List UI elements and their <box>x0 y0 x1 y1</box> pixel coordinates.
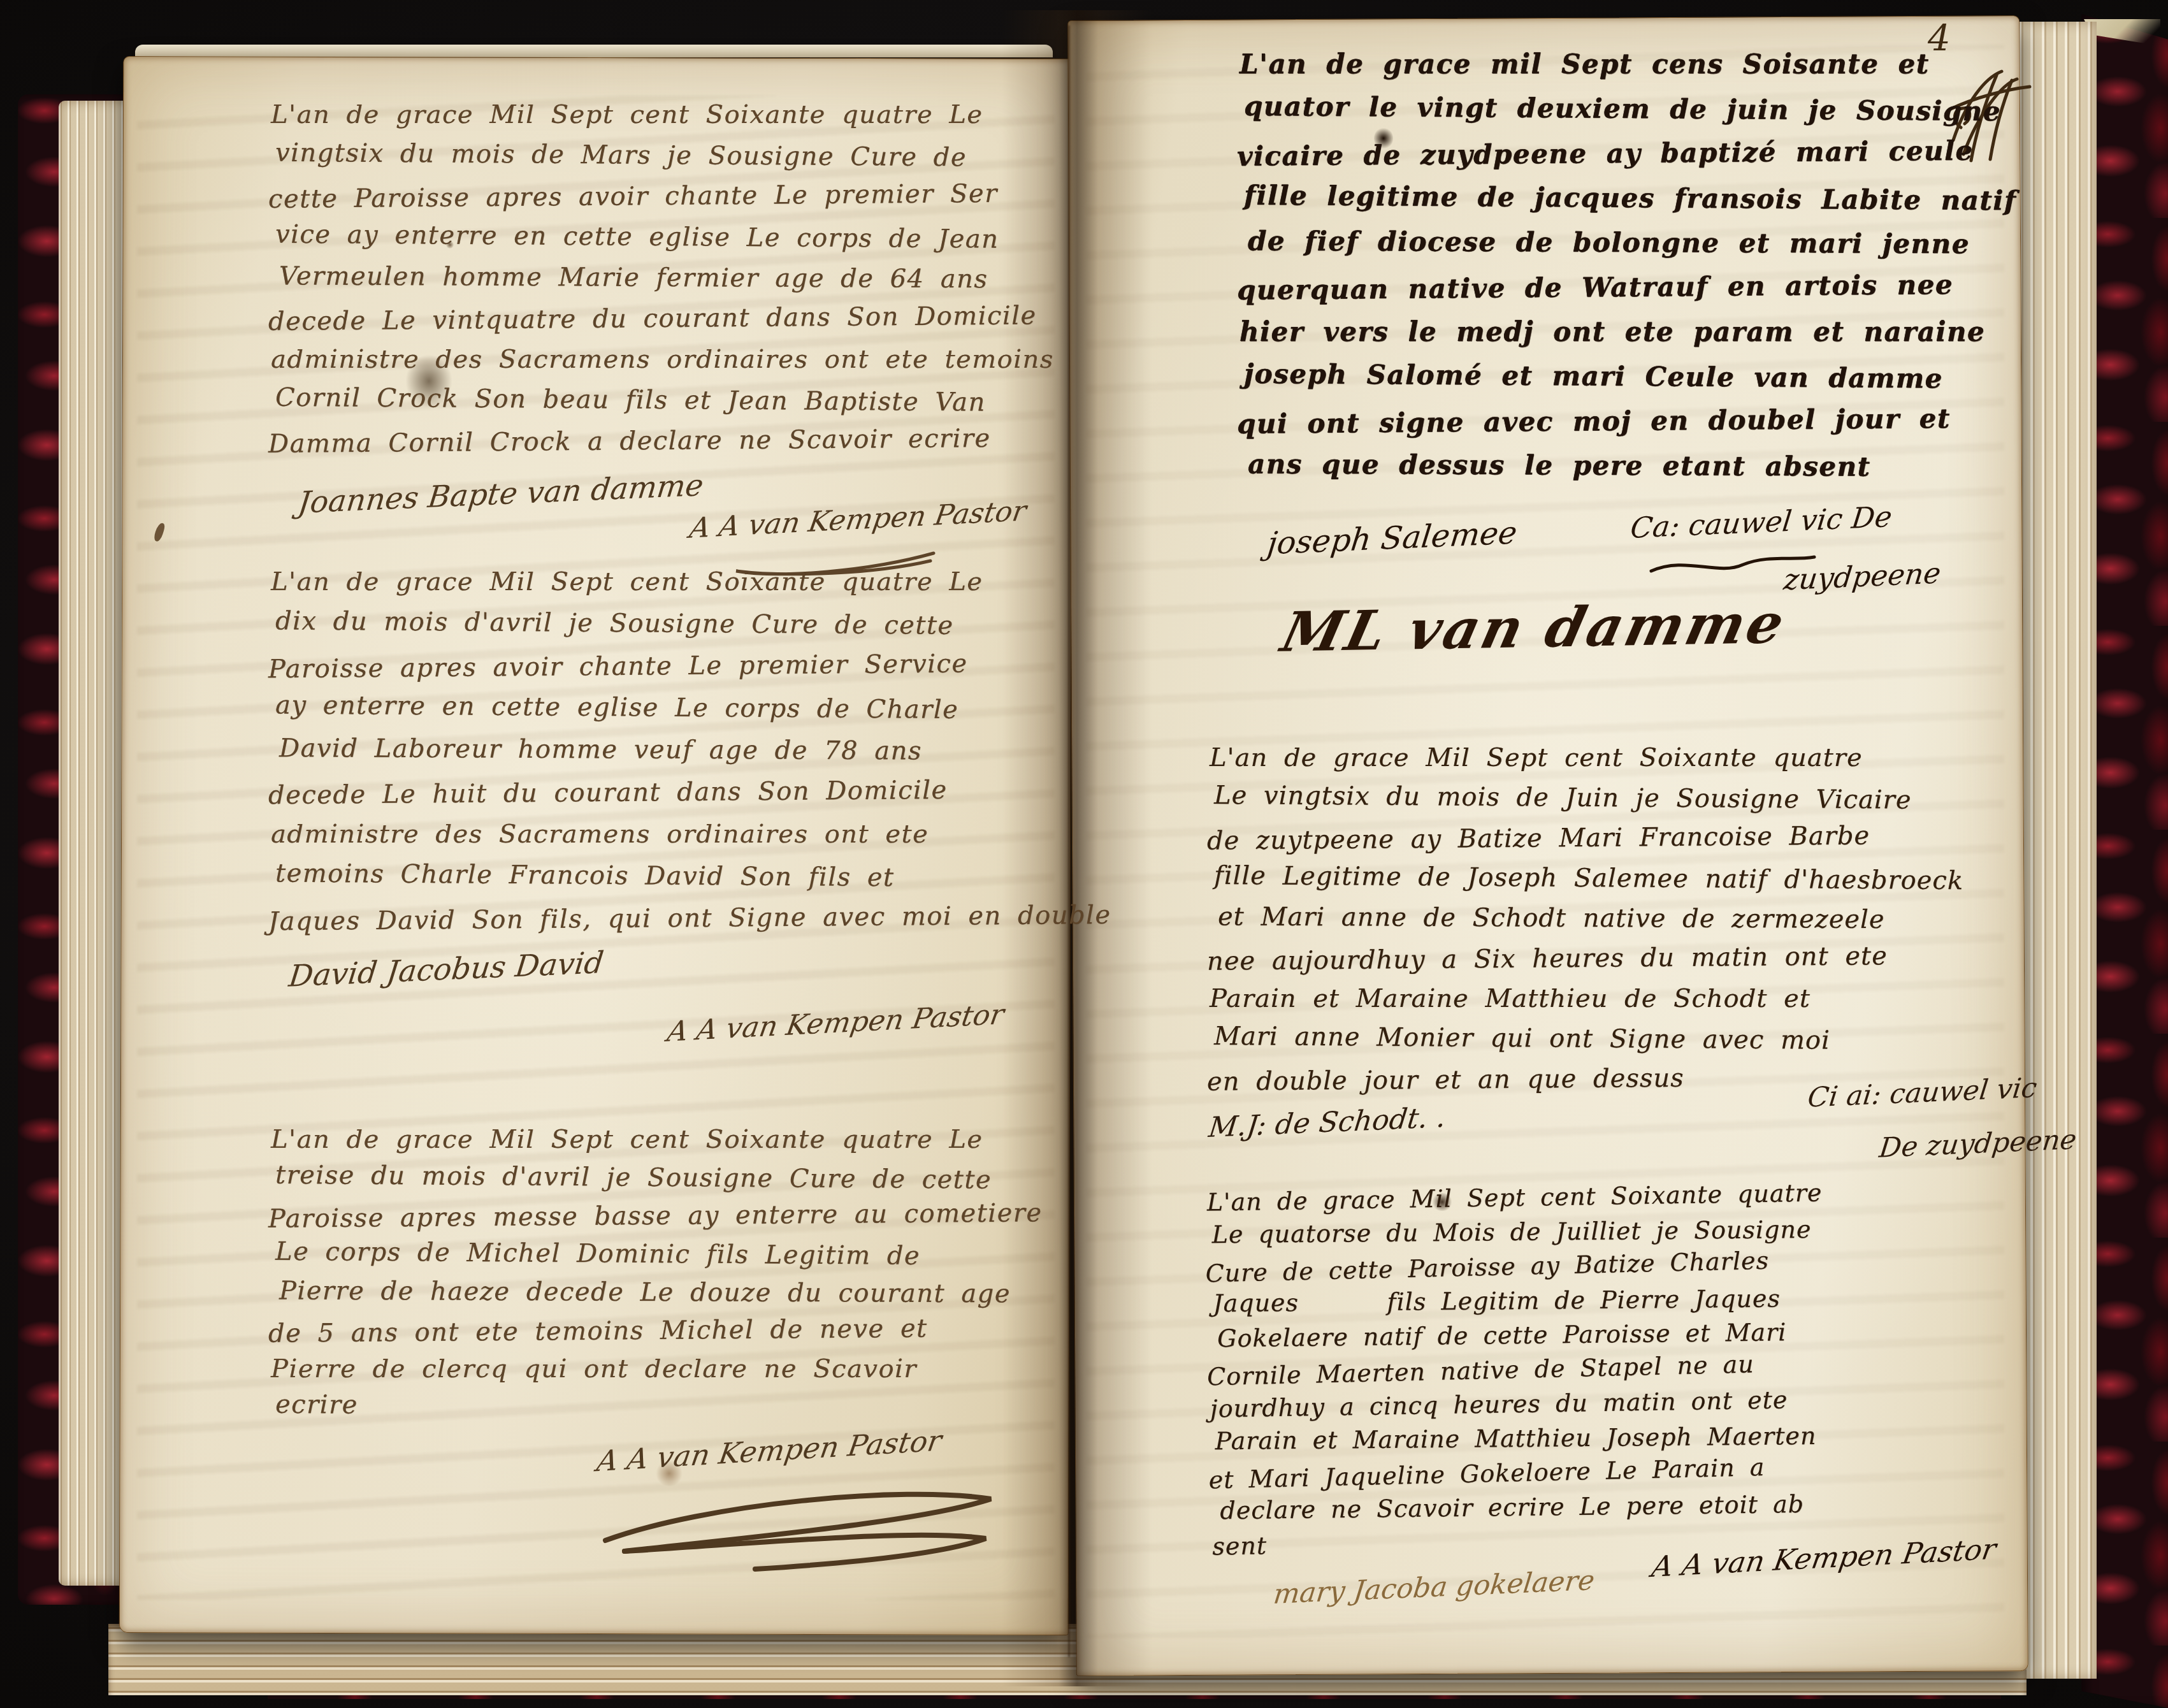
manuscript-line: Jaques David Son fils, qui ont Signe ave… <box>268 894 1111 943</box>
manuscript-line: nee aujourdhuy a Six heures du matin ont… <box>1207 936 1956 981</box>
manuscript-line: Parain et Maraine Matthieu de Schodt et <box>1210 979 1959 1019</box>
manuscript-line: ans que dessus le pere etant absent <box>1248 442 2021 489</box>
manuscript-line: hier vers le medj ont ete param et narai… <box>1239 310 2012 354</box>
manuscript-line: joseph Salomé et mari Ceule van damme <box>1244 352 2017 402</box>
manuscript-line: querquan native de Watrauf en artois nee <box>1237 262 2010 313</box>
manuscript-line: temoins Charle Francois David Son fils e… <box>275 852 1118 900</box>
manuscript-line: cette Paroisse apres avoir chante Le pre… <box>268 173 1051 220</box>
manuscript-line: ecrire <box>275 1386 1050 1429</box>
manuscript-line: Cornil Crock Son beau fils et Jean Bapti… <box>275 377 1059 424</box>
manuscript-line: L'an de grace Mil Sept cent Soixante qua… <box>1210 738 1959 778</box>
manuscript-line: decede Le huit du courant dans Son Domic… <box>268 768 1111 816</box>
manuscript-line: administre des Sacramens ordinaires ont … <box>271 339 1054 380</box>
manuscript-line: vice ay enterre en cette eglise Le corps… <box>275 214 1059 261</box>
manuscript-line: et Mari anne de Schodt native de zermeze… <box>1218 897 1967 940</box>
manuscript-line: vicaire de zuydpeene ay baptizé mari ceu… <box>1237 128 2010 179</box>
manuscript-line: treise du mois d'avril je Sousigne Cure … <box>275 1156 1050 1199</box>
burial-entry-2: L'an de grace Mil Sept cent Soixante qua… <box>271 561 1113 939</box>
baptism-entry-2: L'an de grace Mil Sept cent Soixante qua… <box>1210 738 1959 1099</box>
burial-entry-3: L'an de grace Mil Sept cent Soixante qua… <box>271 1120 1045 1426</box>
undersheet-edge <box>135 45 1053 57</box>
manuscript-line: qui ont signe avec moj en doubel jour et <box>1237 396 2010 447</box>
vicar-signature: zuydpeene <box>1782 556 1942 597</box>
manuscript-line: fille Legitime de Joseph Salemee natif d… <box>1214 856 1963 901</box>
manuscript-line: ay enterre en cette eglise Le corps de C… <box>275 684 1118 732</box>
manuscript-line: Pierre de clercq qui ont declare ne Scav… <box>271 1350 1045 1388</box>
manuscript-line: Paroisse apres avoir chante Le premier S… <box>268 642 1111 690</box>
manuscript-line: L'an de grace Mil Sept cent Soixante qua… <box>271 94 1054 135</box>
manuscript-line: decede Le vintquatre du courant dans Son… <box>268 295 1051 342</box>
manuscript-line: Le vingtsix du mois de Juin je Sousigne … <box>1214 776 1963 821</box>
manuscript-line: L'an de grace mil Sept cens Soisante et <box>1239 42 2012 87</box>
witness-signature-large: ML van damme <box>1276 591 1793 665</box>
manuscript-line: Paroisse apres messe basse ay enterre au… <box>268 1194 1043 1238</box>
manuscript-line: vingtsix du mois de Mars je Sousigne Cur… <box>275 133 1059 179</box>
manuscript-line: dix du mois d'avril je Sousigne Cure de … <box>275 600 1118 648</box>
manuscript-line: Mari anne Monier qui ont Signe avec moi <box>1214 1017 1963 1062</box>
manuscript-line: de fief diocese de bolongne et mari jenn… <box>1248 219 2021 266</box>
manuscript-line: quator le vingt deuxiem de juin je Sousi… <box>1244 84 2017 134</box>
manuscript-line: declare ne Scavoir ecrire Le pere etoit … <box>1220 1486 1835 1528</box>
manuscript-line: administre des Sacramens ordinaires ont … <box>271 813 1113 855</box>
manuscript-line: David Laboreur homme veuf age de 78 ans <box>279 727 1122 773</box>
manuscript-line: Damma Cornil Crock a declare ne Scavoir … <box>268 417 1051 465</box>
manuscript-line: Pierre de haeze decede Le douze du coura… <box>279 1271 1053 1313</box>
manuscript-line: fille legitime de jacques fransois Labit… <box>1244 173 2017 223</box>
manuscript-line: L'an de grace Mil Sept cent Soixante qua… <box>271 1120 1045 1159</box>
manuscript-line: L'an de grace Mil Sept cent Soixante qua… <box>271 561 1113 603</box>
manuscript-line: Le corps de Michel Dominic fils Legitim … <box>275 1233 1050 1276</box>
manuscript-line: de 5 ans ont ete temoins Michel de neve … <box>268 1308 1043 1353</box>
baptism-entry-1: L'an de grace mil Sept cens Soisante etq… <box>1239 42 2012 488</box>
manuscript-line: de zuytpeene ay Batize Mari Francoise Ba… <box>1207 815 1956 861</box>
burial-entry-1: L'an de grace Mil Sept cent Soixante qua… <box>271 94 1054 461</box>
manuscript-photo: 4 L'an de grace Mil Sept cent Soixante q… <box>0 0 2168 1708</box>
manuscript-line: Jaques fils Legitim de Pierre Jaques <box>1213 1281 1828 1321</box>
manuscript-line: Vermeulen homme Marie fermier age de 64 … <box>279 256 1062 300</box>
baptism-entry-3: L'an de grace Mil Sept cent Soixante qua… <box>1206 1175 1828 1563</box>
